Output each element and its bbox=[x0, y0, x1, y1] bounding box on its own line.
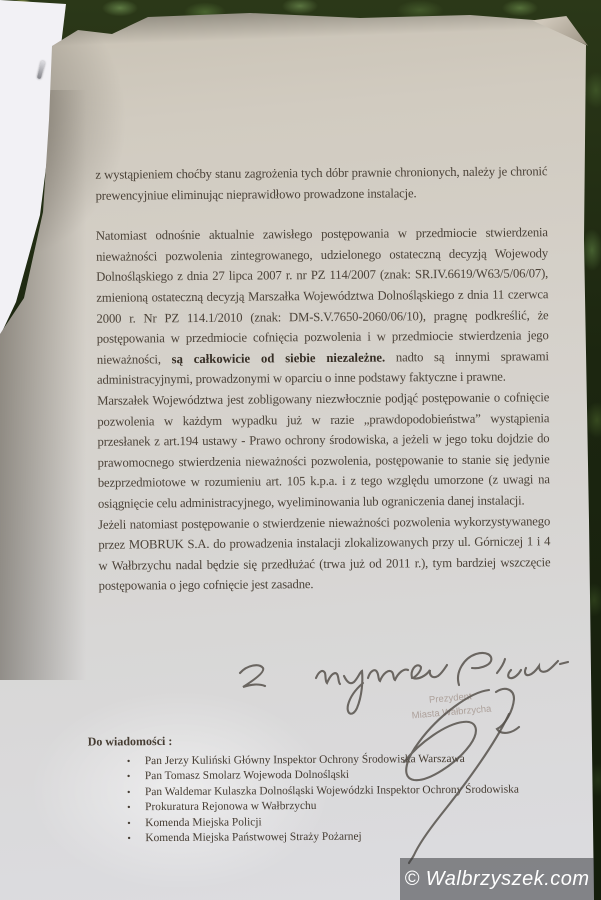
list-item-text: Komenda Miejska Państwowej Straży Pożarn… bbox=[145, 830, 361, 847]
list-item-text: Pan Waldemar Kulaszka Dolnośląski Wojewó… bbox=[145, 782, 519, 800]
bullet-icon: • bbox=[127, 785, 145, 801]
bullet-icon: • bbox=[127, 816, 145, 832]
paragraph-2-start: Natomiast odnośnie aktualnie zawisłego p… bbox=[96, 225, 549, 366]
paragraph-3: Marszałek Województwa jest zobligowany n… bbox=[97, 387, 550, 514]
paragraph-1: z wystąpieniem choćby stanu zagrożenia t… bbox=[95, 161, 547, 206]
paragraph-4: Jeżeli natomiast postępowanie o stwierdz… bbox=[98, 511, 551, 597]
bullet-icon: • bbox=[127, 831, 145, 847]
document-body-text: z wystąpieniem choćby stanu zagrożenia t… bbox=[95, 161, 550, 596]
list-item-text: Komenda Miejska Policji bbox=[145, 815, 262, 831]
list-item-text: Pan Jerzy Kuliński Główny Inspektor Ochr… bbox=[145, 752, 465, 770]
distribution-header: Do wiadomości : bbox=[88, 731, 528, 749]
bullet-icon: • bbox=[127, 800, 145, 816]
photo-of-document: z wystąpieniem choćby stanu zagrożenia t… bbox=[0, 0, 601, 900]
list-item: •Komenda Miejska Państwowej Straży Pożar… bbox=[88, 828, 528, 846]
list-item-text: Prokuratura Rejonowa w Wałbrzychu bbox=[145, 799, 316, 816]
distribution-section: Do wiadomości : •Pan Jerzy Kuliński Głów… bbox=[88, 731, 529, 847]
distribution-list: •Pan Jerzy Kuliński Główny Inspektor Och… bbox=[88, 751, 529, 847]
paragraph-2: Natomiast odnośnie aktualnie zawisłego p… bbox=[96, 222, 549, 390]
list-item-text: Pan Tomasz Smolarz Wojewoda Dolnośląski bbox=[145, 768, 349, 785]
watermark-badge: © Walbrzyszek.com bbox=[400, 858, 594, 900]
list-item: •Pan Jerzy Kuliński Główny Inspektor Och… bbox=[88, 751, 528, 769]
paragraph-2-bold-emphasis: są całkowicie od siebie niezależne. bbox=[172, 350, 386, 366]
bullet-icon: • bbox=[127, 770, 145, 786]
list-item: •Pan Waldemar Kulaszka Dolnośląski Wojew… bbox=[88, 782, 528, 800]
bullet-icon: • bbox=[127, 754, 145, 770]
watermark-text: © Walbrzyszek.com bbox=[404, 868, 589, 891]
